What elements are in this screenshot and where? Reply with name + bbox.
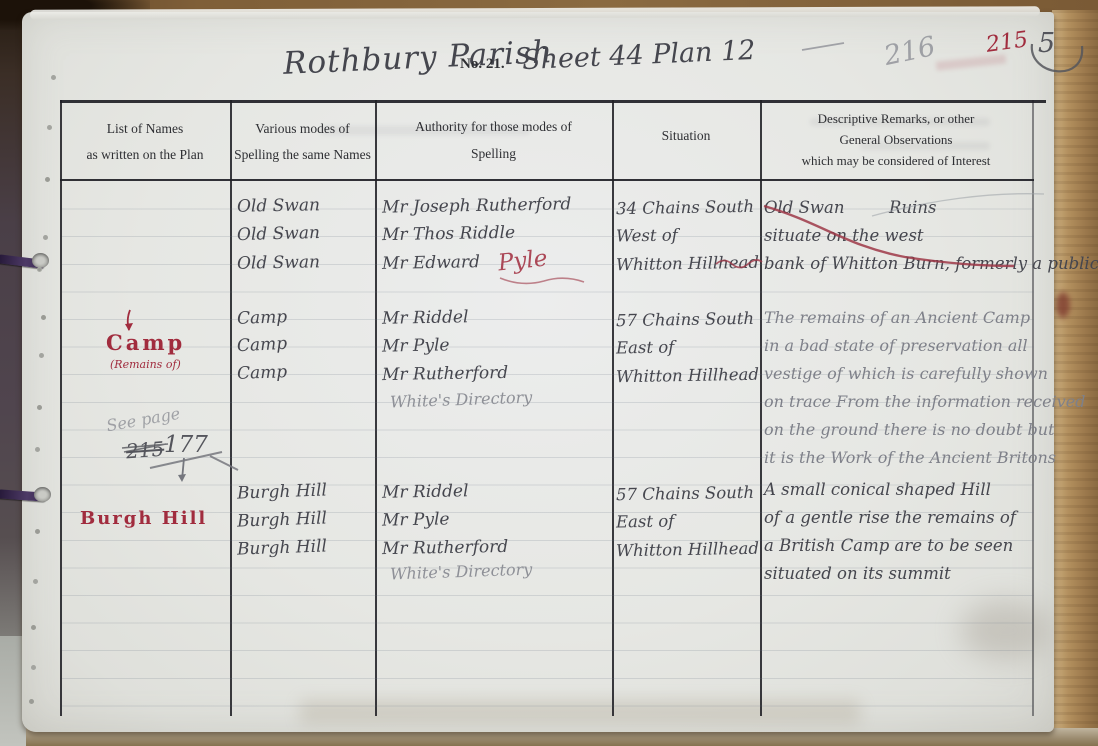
- entry-authority: Mr Joseph Rutherford: [382, 194, 572, 217]
- header-situation: Situation: [612, 128, 760, 144]
- entry-authority: Mr Pyle: [382, 335, 450, 356]
- entry-spelling: Old Swan: [237, 252, 320, 273]
- remark-added-text: Ruins: [889, 198, 936, 217]
- entry-remark: of a gentle rise the remains of: [764, 508, 1016, 527]
- header-modes-of-spelling: Various modes of Spelling the same Names: [230, 116, 375, 168]
- entry-remark: on the ground there is no doubt but: [764, 420, 1055, 439]
- photographed-name-book-page: Rothbury Parish No. 21. Sheet 44 Plan 12…: [0, 0, 1098, 746]
- entry-spelling: Burgh Hill: [237, 508, 328, 531]
- binding-holes: [38, 268, 41, 271]
- entry-spelling: Burgh Hill: [237, 480, 328, 503]
- plan-name-burgh-hill: Burgh Hill: [80, 508, 207, 529]
- printed-number-label: No. 21.: [460, 56, 505, 73]
- entry-authority: Mr Rutherford: [382, 537, 509, 559]
- entry-situation: West of: [616, 225, 678, 245]
- red-ink-overwrite: Pyle: [497, 245, 549, 276]
- entry-remark: situate on the west: [764, 226, 924, 245]
- page-edge-stain: [1056, 292, 1070, 318]
- entry-spelling: Burgh Hill: [237, 536, 328, 559]
- page-stack-streaks: [1052, 10, 1098, 746]
- stitch-hole: [34, 487, 51, 502]
- plan-name-camp-sub: (Remains of): [110, 358, 181, 371]
- entry-spelling: Camp: [237, 307, 288, 329]
- entry-situation: East of: [616, 511, 675, 531]
- entry-situation: 34 Chains South: [616, 197, 754, 218]
- header-descriptive-remarks: Descriptive Remarks, or other General Ob…: [760, 108, 1032, 171]
- entry-remark: on trace From the information received: [764, 392, 1085, 411]
- entry-situation: 57 Chains South: [616, 483, 754, 504]
- entry-situation: 57 Chains South: [616, 309, 754, 330]
- entry-remark: Old Swan Ruins: [764, 198, 936, 217]
- entry-remark: bank of Whitton Burn, formerly a public …: [764, 254, 1098, 273]
- header-authority: Authority for those modes of Spelling: [375, 113, 612, 167]
- entry-remark: A small conical shaped Hill: [764, 480, 991, 499]
- entry-remark: vestige of which is carefully shown: [764, 364, 1048, 383]
- entry-situation: Whitton Hillhead: [616, 539, 759, 560]
- entry-spelling: Old Swan: [237, 195, 320, 216]
- table-top-border: [60, 100, 1046, 103]
- entry-authority: Mr Pyle: [382, 509, 450, 530]
- entry-authority: Mr Thos Riddle: [382, 223, 515, 245]
- stitch-hole: [32, 253, 49, 268]
- margin-note-new-page: 177: [164, 432, 208, 458]
- entry-spelling: Camp: [237, 362, 288, 384]
- corner-circled-number: 5: [1038, 28, 1055, 59]
- remark-struck-text: Old Swan: [764, 198, 845, 217]
- header-list-of-names: List of Names as written on the Plan: [60, 116, 230, 168]
- entry-spelling: Old Swan: [237, 223, 320, 245]
- header-bottom-border: [60, 179, 1034, 181]
- margin-note-old-page: 215: [125, 437, 165, 464]
- entry-remark: in a bad state of preservation all: [764, 336, 1028, 355]
- entry-situation: Whitton Hillhead: [616, 365, 759, 386]
- entry-remark: it is the Work of the Ancient Britons: [764, 448, 1056, 467]
- entry-authority: Mr Riddel: [382, 481, 469, 503]
- entry-situation: East of: [616, 337, 675, 357]
- plan-name-camp: Camp: [106, 330, 185, 355]
- entry-authority: Mr Edward: [382, 252, 480, 274]
- entry-authority: Mr Rutherford: [382, 363, 509, 385]
- entry-spelling: Camp: [237, 334, 288, 357]
- entry-remark: a British Camp are to be seen: [764, 536, 1013, 555]
- entry-situation: Whitton Hillhead: [616, 253, 759, 274]
- entry-authority: Mr Riddel: [382, 307, 469, 329]
- entry-remark: situated on its summit: [764, 564, 951, 583]
- entry-remark: The remains of an Ancient Camp: [764, 308, 1030, 327]
